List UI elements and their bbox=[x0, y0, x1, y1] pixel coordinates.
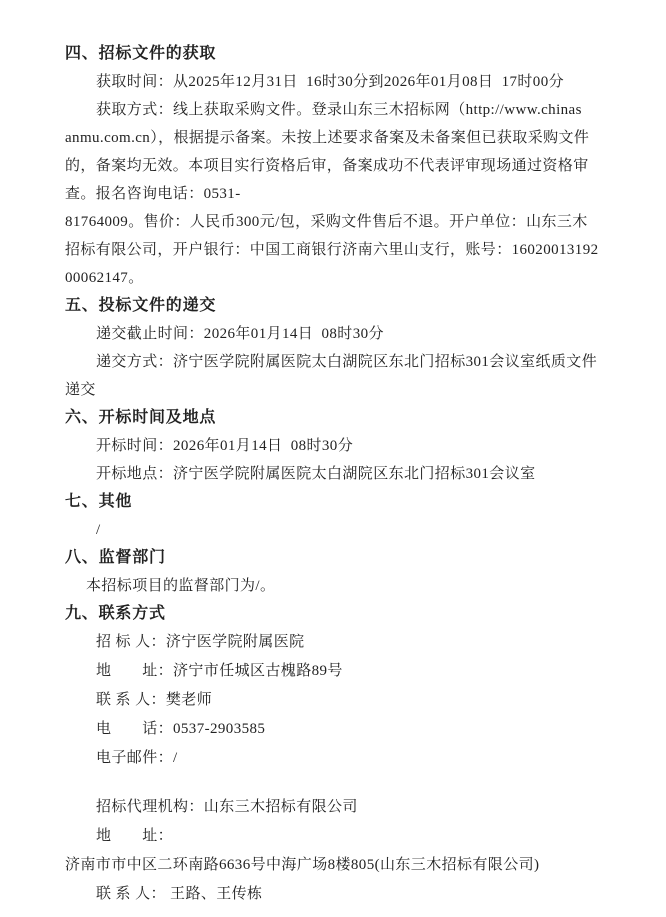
opening-place-line: 开标地点：济宁医学院附属医院太白湖院区东北门招标301会议室 bbox=[65, 460, 608, 488]
email-line: 电子邮件：/ bbox=[65, 744, 608, 773]
section-7-heading: 七、其他 bbox=[65, 488, 608, 516]
tender-document-page: 四、招标文件的获取 获取时间：从2025年12月31日 16时30分到2026年… bbox=[0, 0, 666, 917]
agency-line: 招标代理机构：山东三木招标有限公司 bbox=[65, 793, 608, 822]
submit-deadline-line: 递交截止时间：2026年01月14日 08时30分 bbox=[65, 320, 608, 348]
acquire-time-line: 获取时间：从2025年12月31日 16时30分到2026年01月08日 17时… bbox=[65, 68, 608, 96]
section-4: 四、招标文件的获取 获取时间：从2025年12月31日 16时30分到2026年… bbox=[65, 40, 608, 292]
submit-method-line-1: 递交方式：济宁医学院附属医院太白湖院区东北门招标301会议室纸质文件 bbox=[65, 348, 608, 376]
section-6-heading: 六、开标时间及地点 bbox=[65, 404, 608, 432]
section-8-heading: 八、监督部门 bbox=[65, 544, 608, 572]
tenderer-address-line: 地 址：济宁市任城区古槐路89号 bbox=[65, 657, 608, 686]
price-account-line-2: 招标有限公司，开户银行：中国工商银行济南六里山支行，账号：16020013192 bbox=[65, 236, 608, 264]
agency-address-label-line: 地 址： bbox=[65, 822, 608, 851]
section-6: 六、开标时间及地点 开标时间：2026年01月14日 08时30分 开标地点：济… bbox=[65, 404, 608, 488]
acquire-method-line-2: anmu.com.cn），根据提示备案。未按上述要求备案及未备案但已获取采购文件 bbox=[65, 124, 608, 152]
price-account-line-3: 00062147。 bbox=[65, 264, 608, 292]
supervision-line: 本招标项目的监督部门为/。 bbox=[65, 572, 608, 600]
other-line: / bbox=[65, 516, 608, 544]
section-9: 九、联系方式 招 标 人：济宁医学院附属医院 地 址：济宁市任城区古槐路89号 … bbox=[65, 600, 608, 909]
submit-method-line-2: 递交 bbox=[65, 376, 608, 404]
contact-person-line: 联 系 人：樊老师 bbox=[65, 686, 608, 715]
section-7: 七、其他 / bbox=[65, 488, 608, 544]
section-9-heading: 九、联系方式 bbox=[65, 600, 608, 628]
acquire-method-line-4: 查。报名咨询电话：0531- bbox=[65, 180, 608, 208]
acquire-method-line-1: 获取方式：线上获取采购文件。登录山东三木招标网（http://www.china… bbox=[65, 96, 608, 124]
price-account-line-1: 81764009。售价：人民币300元/包，采购文件售后不退。开户单位：山东三木 bbox=[65, 208, 608, 236]
opening-time-line: 开标时间：2026年01月14日 08时30分 bbox=[65, 432, 608, 460]
section-5: 五、投标文件的递交 递交截止时间：2026年01月14日 08时30分 递交方式… bbox=[65, 292, 608, 404]
section-8: 八、监督部门 本招标项目的监督部门为/。 bbox=[65, 544, 608, 600]
section-4-heading: 四、招标文件的获取 bbox=[65, 40, 608, 68]
phone-line: 电 话：0537-2903585 bbox=[65, 715, 608, 744]
tenderer-line: 招 标 人：济宁医学院附属医院 bbox=[65, 628, 608, 657]
acquire-method-line-3: 的，备案均无效。本项目实行资格后审，备案成功不代表评审现场通过资格审 bbox=[65, 152, 608, 180]
section-5-heading: 五、投标文件的递交 bbox=[65, 292, 608, 320]
agency-contact-line: 联 系 人： 王路、王传栋 bbox=[65, 880, 608, 909]
agency-address-line: 济南市市中区二环南路6636号中海广场8楼805(山东三木招标有限公司) bbox=[65, 851, 608, 880]
